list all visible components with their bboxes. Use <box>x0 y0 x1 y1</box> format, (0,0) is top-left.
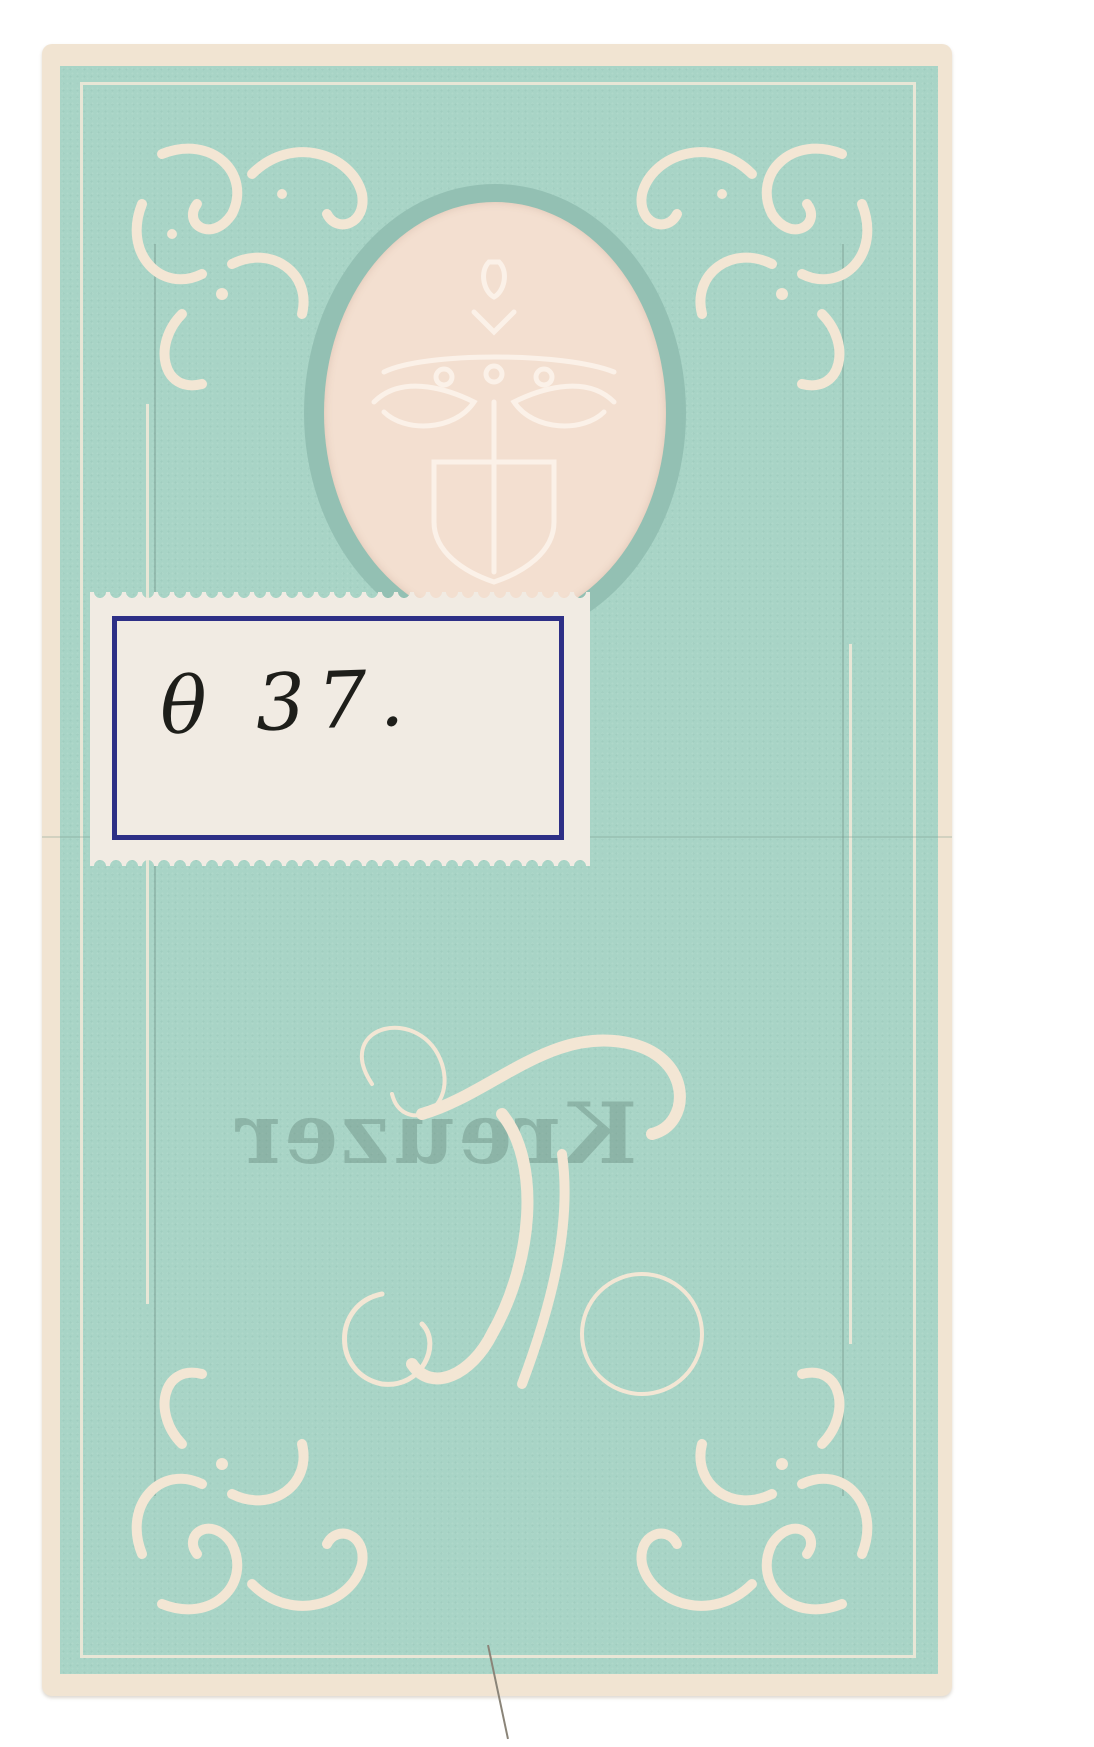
right-vertical-rule <box>849 644 852 1344</box>
coat-of-arms-icon <box>324 202 666 624</box>
script-monogram-icon <box>292 1004 712 1454</box>
paper-document: Kreuzer <box>42 44 952 1696</box>
embossed-coat-of-arms <box>324 202 666 624</box>
crest-oval <box>304 184 686 642</box>
inventory-label: θ 37. <box>90 592 590 866</box>
handwritten-number: θ 37. <box>159 654 418 753</box>
